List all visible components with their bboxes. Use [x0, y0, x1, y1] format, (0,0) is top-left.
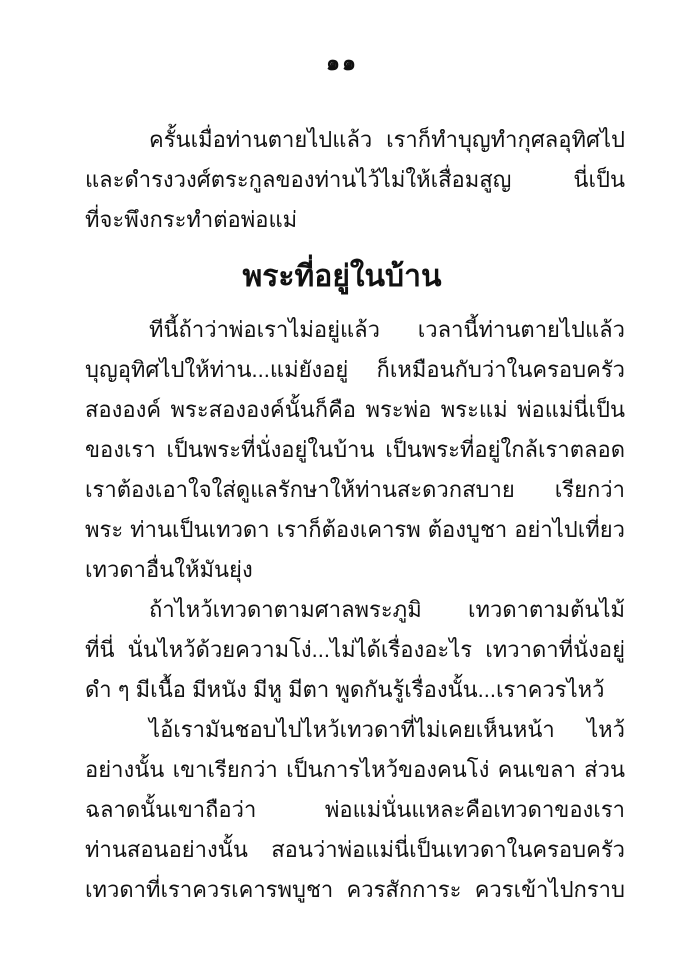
text-line: เราต้องเอาใจใส่ดูแลรักษาให้ท่านสะดวกสบาย…: [85, 470, 625, 510]
text-line: ที่นี่ นั่นไหว้ด้วยความโง่...ไม่ได้เรื่อ…: [85, 630, 625, 670]
paragraph-2: ทีนี้ถ้าว่าพ่อเราไม่อยู่แล้ว เวลานี้ท่าน…: [85, 310, 625, 590]
text-line: และดำรงวงศ์ตระกูลของท่านไว้ไม่ให้เสื่อมส…: [85, 160, 625, 200]
paragraph-3: ถ้าไหว้เทวดาตามศาลพระภูมิ เทวดาตามต้นไม้…: [85, 590, 625, 710]
paragraph-4: ไอ้เรามันชอบไปไหว้เทวดาที่ไม่เคยเห็นหน้า…: [85, 710, 625, 910]
text-line: เทวดาที่เราควรเคารพบูชา ควรสักการะ ควรเข…: [85, 870, 625, 910]
text-line: ของเรา เป็นพระที่นั่งอยู่ในบ้าน เป็นพระท…: [85, 430, 625, 470]
text-line: ฉลาดนั้นเขาถือว่า พ่อแม่นั่นแหละคือเทวดา…: [85, 790, 625, 830]
text-line: สององค์ พระสององค์นั้นก็คือ พระพ่อ พระแม…: [85, 390, 625, 430]
text-line: บุญอุทิศไปให้ท่าน...แม่ยังอยู่ ก็เหมือนก…: [85, 350, 625, 390]
text-line: อย่างนั้น เขาเรียกว่า เป็นการไหว้ของคนโง…: [85, 750, 625, 790]
page-number: ๑๑: [0, 50, 684, 76]
text-line: ครั้นเมื่อท่านตายไปแล้ว เราก็ทำบุญทำกุศล…: [85, 120, 625, 160]
text-line: ที่จะพึงกระทำต่อพ่อแม่: [85, 200, 625, 240]
text-line: ถ้าไหว้เทวดาตามศาลพระภูมิ เทวดาตามต้นไม้…: [85, 590, 625, 630]
document-page: ๑๑ ครั้นเมื่อท่านตายไปแล้ว เราก็ทำบุญทำก…: [0, 0, 684, 960]
paragraph-1: ครั้นเมื่อท่านตายไปแล้ว เราก็ทำบุญทำกุศล…: [85, 120, 625, 240]
text-line: ทีนี้ถ้าว่าพ่อเราไม่อยู่แล้ว เวลานี้ท่าน…: [85, 310, 625, 350]
text-line: เทวดาอื่นให้มันยุ่ง: [85, 550, 625, 590]
text-line: ท่านสอนอย่างนั้น สอนว่าพ่อแม่นี่เป็นเทวด…: [85, 830, 625, 870]
section-heading: พระที่อยู่ในบ้าน: [0, 254, 684, 300]
text-line: ดำ ๆ มีเนื้อ มีหนัง มีหู มีตา พูดกันรู้เ…: [85, 670, 625, 710]
text-line: ไอ้เรามันชอบไปไหว้เทวดาที่ไม่เคยเห็นหน้า…: [85, 710, 625, 750]
text-line: พระ ท่านเป็นเทวดา เราก็ต้องเคารพ ต้องบูช…: [85, 510, 625, 550]
